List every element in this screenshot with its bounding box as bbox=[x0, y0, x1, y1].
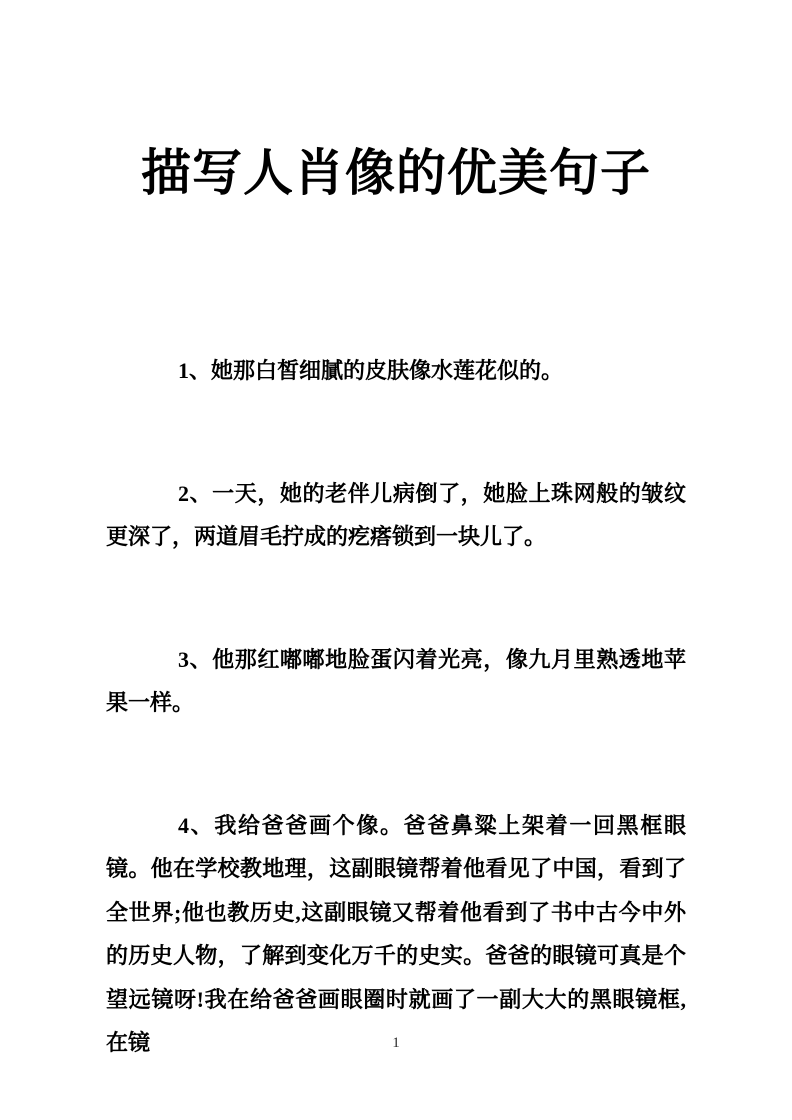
paragraph-sentence-4: 4、我给爸爸画个像。爸爸鼻粱上架着一回黑框眼镜。他在学校教地理，这副眼镜帮着他看… bbox=[106, 804, 686, 1065]
document-title: 描写人肖像的优美句子 bbox=[106, 143, 686, 203]
paragraph-sentence-1: 1、她那白皙细膩的皮肤像水莲花似的。 bbox=[106, 349, 686, 393]
page-number: 1 bbox=[0, 1034, 792, 1052]
document-page: 描写人肖像的优美句子 1、她那白皙细膩的皮肤像水莲花似的。 2、一天，她的老伴儿… bbox=[0, 0, 792, 1120]
paragraph-sentence-2: 2、一天，她的老伴儿病倒了，她脸上珠网般的皱纹更深了，两道眉毛拧成的疙瘩锁到一块… bbox=[106, 472, 686, 559]
paragraph-sentence-3: 3、他那红嘟嘟地脸蛋闪着光亮，像九月里熟透地苹果一样。 bbox=[106, 638, 686, 725]
